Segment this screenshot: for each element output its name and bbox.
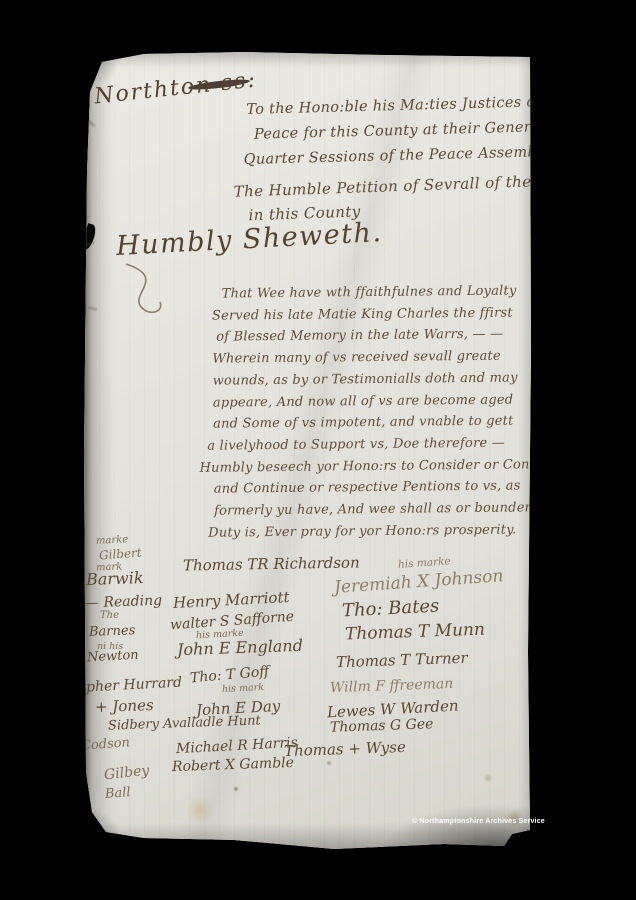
body-line: formerly yu have, And wee shall as or bo… [214, 497, 532, 522]
signature: his marke [398, 555, 451, 571]
address-block: To the Hono:ble his Ma:ties Justices of … [246, 90, 548, 173]
body-line: wounds, as by or Testimonialls doth and … [213, 367, 531, 392]
signature: + Jones [95, 696, 154, 716]
signature: Newton [87, 648, 139, 666]
signature: Robert X Gamble [172, 755, 294, 775]
body-line: Duty is, Ever pray for yor Hono:rs prosp… [214, 519, 532, 544]
signature: Gilbert [99, 546, 142, 563]
signature: Thomas T Turner [336, 649, 468, 672]
petition-title: The Humble Petition of Sevrall of the Pe… [233, 166, 623, 228]
bleedthrough-mark [87, 119, 96, 127]
signature: Henry Marriott [173, 588, 290, 612]
body-line: That Wee have wth ffaithfulnes and Loyal… [212, 280, 530, 305]
body-line: a livelyhood to Support vs, Doe therefor… [213, 432, 531, 457]
signature: his mark [222, 682, 265, 695]
photo-background: Northton ss: To the Hono:ble his Ma:ties… [0, 0, 636, 900]
signature: Barnes [89, 623, 136, 640]
pen-flourish [120, 260, 184, 324]
signature: Thomas T Munn [345, 620, 486, 645]
signature: Tho: Bates [342, 595, 440, 621]
county-heading: Northton ss: [93, 68, 258, 110]
signature: Willm F ffreeman [330, 676, 454, 696]
signature: John E England [177, 636, 304, 659]
signature: Michael R Harris [176, 735, 298, 757]
signature: Gilbey [103, 763, 150, 784]
signature: Thomas TR Richardson [183, 553, 360, 574]
petition-body: That Wee have wth ffaithfulnes and Loyal… [212, 280, 533, 544]
body-line: Wherein many of vs received sevall great… [212, 345, 530, 370]
bleedthrough-mark [88, 306, 97, 311]
signature: Barwik [86, 568, 144, 589]
signature: — Reading [85, 593, 163, 612]
signature: marke [96, 534, 129, 547]
signature: pher Hurrard [86, 674, 183, 695]
page-edge-notch [80, 223, 98, 251]
signature: Codson [81, 735, 131, 753]
signature: Ball [105, 785, 132, 802]
signature: Thomas G Gee [330, 716, 434, 736]
signature: Thomas + Wyse [284, 738, 406, 760]
copyright-notice: © Northamptonshire Archives Service [412, 818, 545, 825]
signature: The [100, 610, 119, 621]
salutation: Humbly Sheweth. [115, 217, 383, 262]
manuscript-page: Northton ss: To the Hono:ble his Ma:ties… [84, 52, 531, 849]
signature: Sidbery Avalladle Hunt [108, 713, 261, 733]
